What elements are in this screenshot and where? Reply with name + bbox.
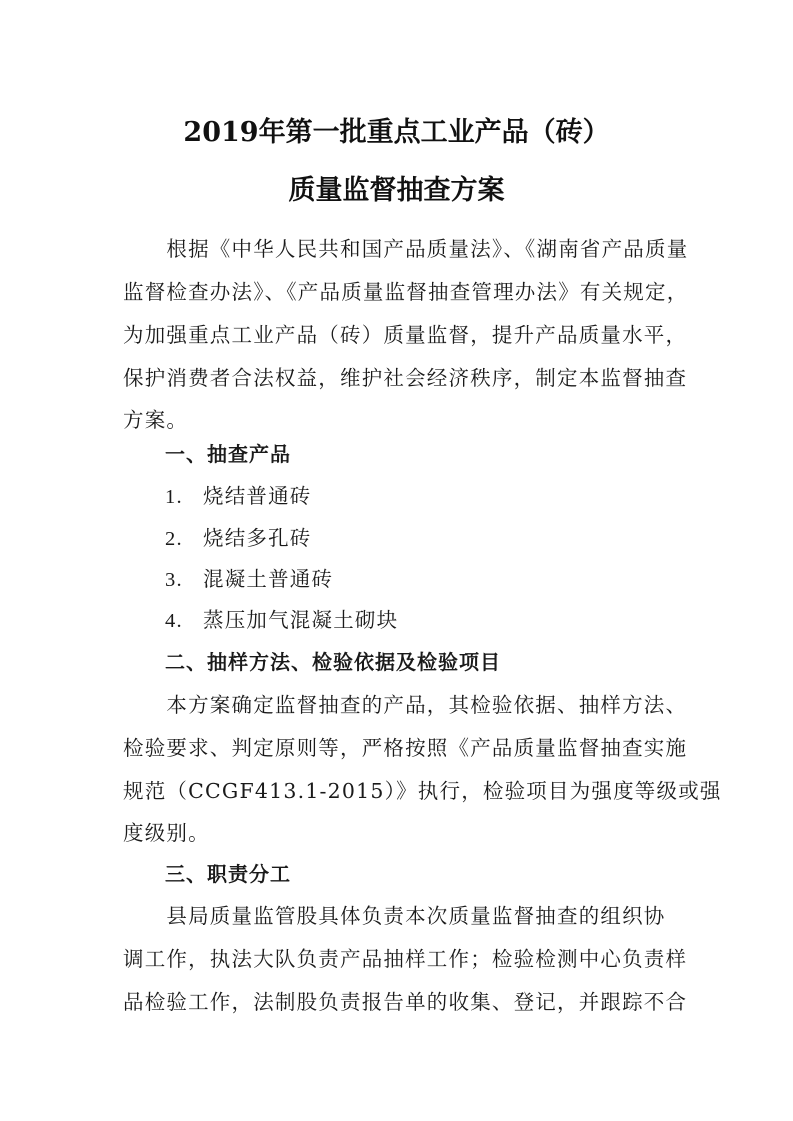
product-list-item: 4.蒸压加气混凝土砌块 [165, 606, 711, 635]
product-name: 蒸压加气混凝土砌块 [203, 608, 398, 632]
section-heading-sampling: 二、抽样方法、检验依据及检验项目 [123, 648, 669, 676]
product-name: 烧结普通砖 [203, 484, 312, 508]
product-list-item: 3.混凝土普通砖 [165, 565, 711, 594]
document-title-line-2: 质量监督抽查方案 [0, 168, 793, 207]
list-number: 2. [165, 525, 203, 553]
sampling-paragraph-line: 规范（CCGF413.1-2015）》执行，检验项目为强度等级或强 [123, 777, 669, 805]
duties-paragraph-line: 品检验工作，法制股负责报告单的收集、登记，并跟踪不合 [123, 988, 669, 1016]
product-name: 混凝土普通砖 [203, 567, 333, 591]
product-name: 烧结多孔砖 [203, 526, 312, 550]
duties-paragraph-line: 县局质量监管股具体负责本次质量监督抽查的组织协 [123, 902, 669, 930]
product-list-item: 2.烧结多孔砖 [165, 524, 711, 553]
sampling-paragraph-line: 度级别。 [123, 819, 669, 847]
duties-paragraph-line: 调工作，执法大队负责产品抽样工作；检验检测中心负责样 [123, 945, 669, 973]
product-list-item: 1.烧结普通砖 [165, 482, 711, 511]
intro-paragraph-line: 保护消费者合法权益，维护社会经济秩序，制定本监督抽查 [123, 364, 669, 392]
list-number: 4. [165, 607, 203, 635]
sampling-paragraph-line: 检验要求、判定原则等，严格按照《产品质量监督抽查实施 [123, 734, 669, 762]
sampling-paragraph-line: 本方案确定监督抽查的产品，其检验依据、抽样方法、 [123, 691, 669, 719]
intro-paragraph-line: 根据《中华人民共和国产品质量法》、《湖南省产品质量 [123, 235, 669, 263]
document-title-line-1: 2019年第一批重点工业产品（砖） [0, 110, 793, 149]
section-heading-products: 一、抽查产品 [123, 440, 669, 468]
document-page: 2019年第一批重点工业产品（砖） 质量监督抽查方案 根据《中华人民共和国产品质… [0, 0, 793, 1121]
intro-paragraph-line: 为加强重点工业产品（砖）质量监督，提升产品质量水平， [123, 321, 669, 349]
list-number: 3. [165, 566, 203, 594]
list-number: 1. [165, 483, 203, 511]
section-heading-duties: 三、职责分工 [123, 860, 669, 888]
intro-paragraph-line: 方案。 [123, 406, 669, 434]
intro-paragraph-line: 监督检查办法》、《产品质量监督抽查管理办法》有关规定， [123, 278, 669, 306]
